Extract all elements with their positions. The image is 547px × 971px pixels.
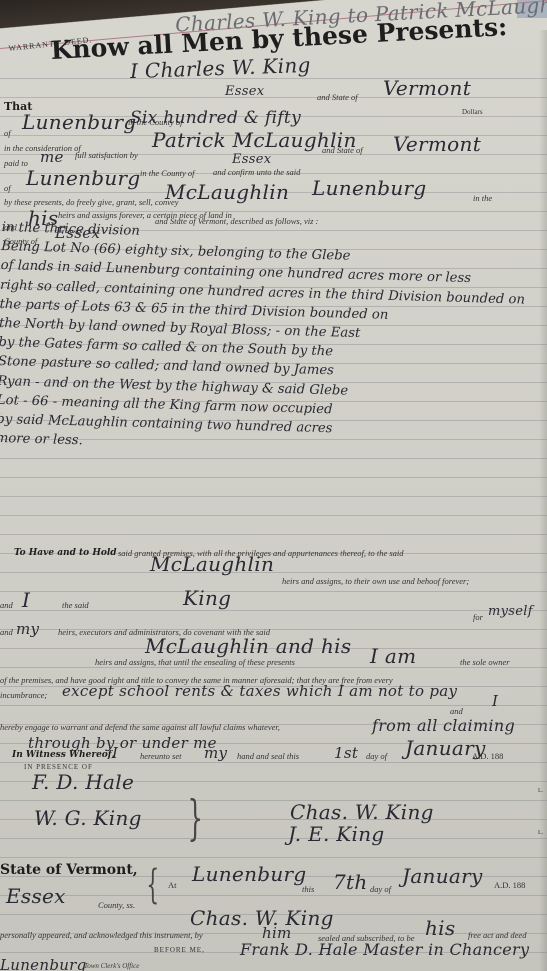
pronoun-i: I: [22, 588, 30, 612]
set-label: hereunto set: [140, 751, 181, 761]
grantee-state-label: and State of: [322, 145, 363, 155]
land-town: Lunenburg: [312, 176, 427, 200]
warrant-label: hereby engage to warrant and defend the …: [0, 722, 280, 732]
grantor-town: Lunenburg: [22, 110, 137, 134]
to-have-label: To Have and to Hold: [14, 548, 117, 558]
ruled-line: [0, 838, 547, 839]
land-description: in the thrice division Being Lot No (66)…: [0, 218, 547, 463]
ruled-line: [0, 895, 547, 896]
incumbrance-label: incumbrance;: [0, 690, 47, 700]
at-label: At: [168, 880, 177, 890]
clerk-office-label: Town Clerk's Office: [84, 962, 139, 970]
covenant-grantee: McLaughlin and his: [145, 634, 351, 658]
ack-month: January: [402, 864, 483, 888]
day-of-label: day of: [366, 751, 387, 761]
ruled-line: [0, 591, 547, 592]
state-of-vermont-label: State of Vermont,: [0, 862, 138, 878]
witness-pronoun: I: [112, 744, 118, 762]
grantee-county-label: in the County of: [140, 168, 195, 178]
signature-1: Chas. W. King: [290, 800, 434, 824]
officer-signature: Frank D. Hale Master in Chancery: [240, 940, 529, 959]
and-my-label: and: [0, 627, 13, 637]
ruled-line: [0, 477, 547, 478]
of-label: of: [4, 128, 11, 138]
ack-this-label: this: [302, 884, 314, 894]
county-value: Essex: [225, 84, 264, 99]
my-value: my: [16, 620, 39, 638]
ack-day: 7th: [333, 870, 368, 894]
grantee-county: Essex: [232, 152, 271, 167]
satisfaction-label: full satisfaction by: [75, 150, 138, 160]
and2-value: I: [492, 692, 498, 710]
free-act-label: free act and deed: [468, 930, 526, 940]
habendum-grantee: McLaughlin: [150, 552, 274, 576]
before-me-label: BEFORE ME,: [154, 946, 205, 954]
for-label: for: [473, 612, 483, 622]
incumbrance-value: except school rents & taxes which I am n…: [62, 682, 457, 700]
seal-label-2: L.: [538, 830, 543, 836]
ruled-line: [0, 667, 547, 668]
state-value: Vermont: [383, 76, 471, 100]
ack-brace: {: [146, 862, 159, 908]
ack-year: A.D. 188: [494, 880, 525, 890]
ruled-line: [0, 857, 547, 858]
ruled-line: [0, 610, 547, 611]
grantee-state: Vermont: [393, 132, 481, 156]
warrant-value: from all claiming: [372, 716, 515, 735]
grantor-short: King: [183, 586, 231, 610]
witness-label: In Witness Whereof,: [12, 750, 115, 760]
and2-label: and: [450, 706, 463, 716]
deed-page: WARRANTY DEED. Charles W. King to Patric…: [0, 0, 547, 971]
state-label: and State of: [317, 92, 358, 102]
signature-2: J. E. King: [288, 822, 385, 846]
ack-town: Lunenburg: [192, 862, 307, 886]
ruled-line: [0, 534, 547, 535]
witness-year: A.D. 188: [472, 751, 503, 761]
for-value: myself: [488, 604, 533, 619]
ruled-line: [0, 800, 547, 801]
hand-seal-label: hand and seal this: [237, 751, 299, 761]
witness-day: 1st: [334, 744, 358, 762]
ruled-line: [0, 496, 547, 497]
ack-day-of-label: day of: [370, 884, 391, 894]
appeared-label: personally appeared, and acknowledged th…: [0, 930, 203, 940]
ack-his: his: [425, 916, 455, 940]
i-am-value: I am: [370, 644, 416, 668]
dollars-label: Dollars: [462, 108, 483, 116]
grantee-of-label: of: [4, 183, 11, 193]
ruled-line: [0, 515, 547, 516]
paid-to-label: paid to: [4, 158, 28, 168]
witness-1: F. D. Hale: [32, 770, 134, 794]
the-said-label: the said: [62, 600, 89, 610]
confirm-label: and confirm unto the said: [213, 167, 300, 177]
ack-county: Essex: [6, 884, 66, 908]
and-i-label: and: [0, 600, 13, 610]
witness-brace: }: [188, 790, 203, 846]
clerk-town: Lunenburg: [0, 956, 87, 971]
ack-county-label: County, ss.: [98, 900, 135, 910]
seal-label-1: L.: [538, 788, 543, 794]
consideration-amount: Six hundred & fifty: [130, 108, 301, 128]
grantee-short: McLaughlin: [165, 180, 289, 204]
sole-owner-label: the sole owner: [460, 657, 510, 667]
heirs-use-label: heirs and assigns, to their own use and …: [282, 576, 469, 586]
paid-to-value: me: [40, 148, 64, 166]
witness-2: W. G. King: [34, 806, 142, 830]
enseal-label: heirs and assigns, that until the enseal…: [95, 657, 295, 667]
ruled-line: [0, 705, 547, 706]
grantee-town: Lunenburg: [26, 166, 141, 190]
witness-my: my: [204, 744, 227, 762]
in-the-label: in the: [473, 193, 492, 203]
